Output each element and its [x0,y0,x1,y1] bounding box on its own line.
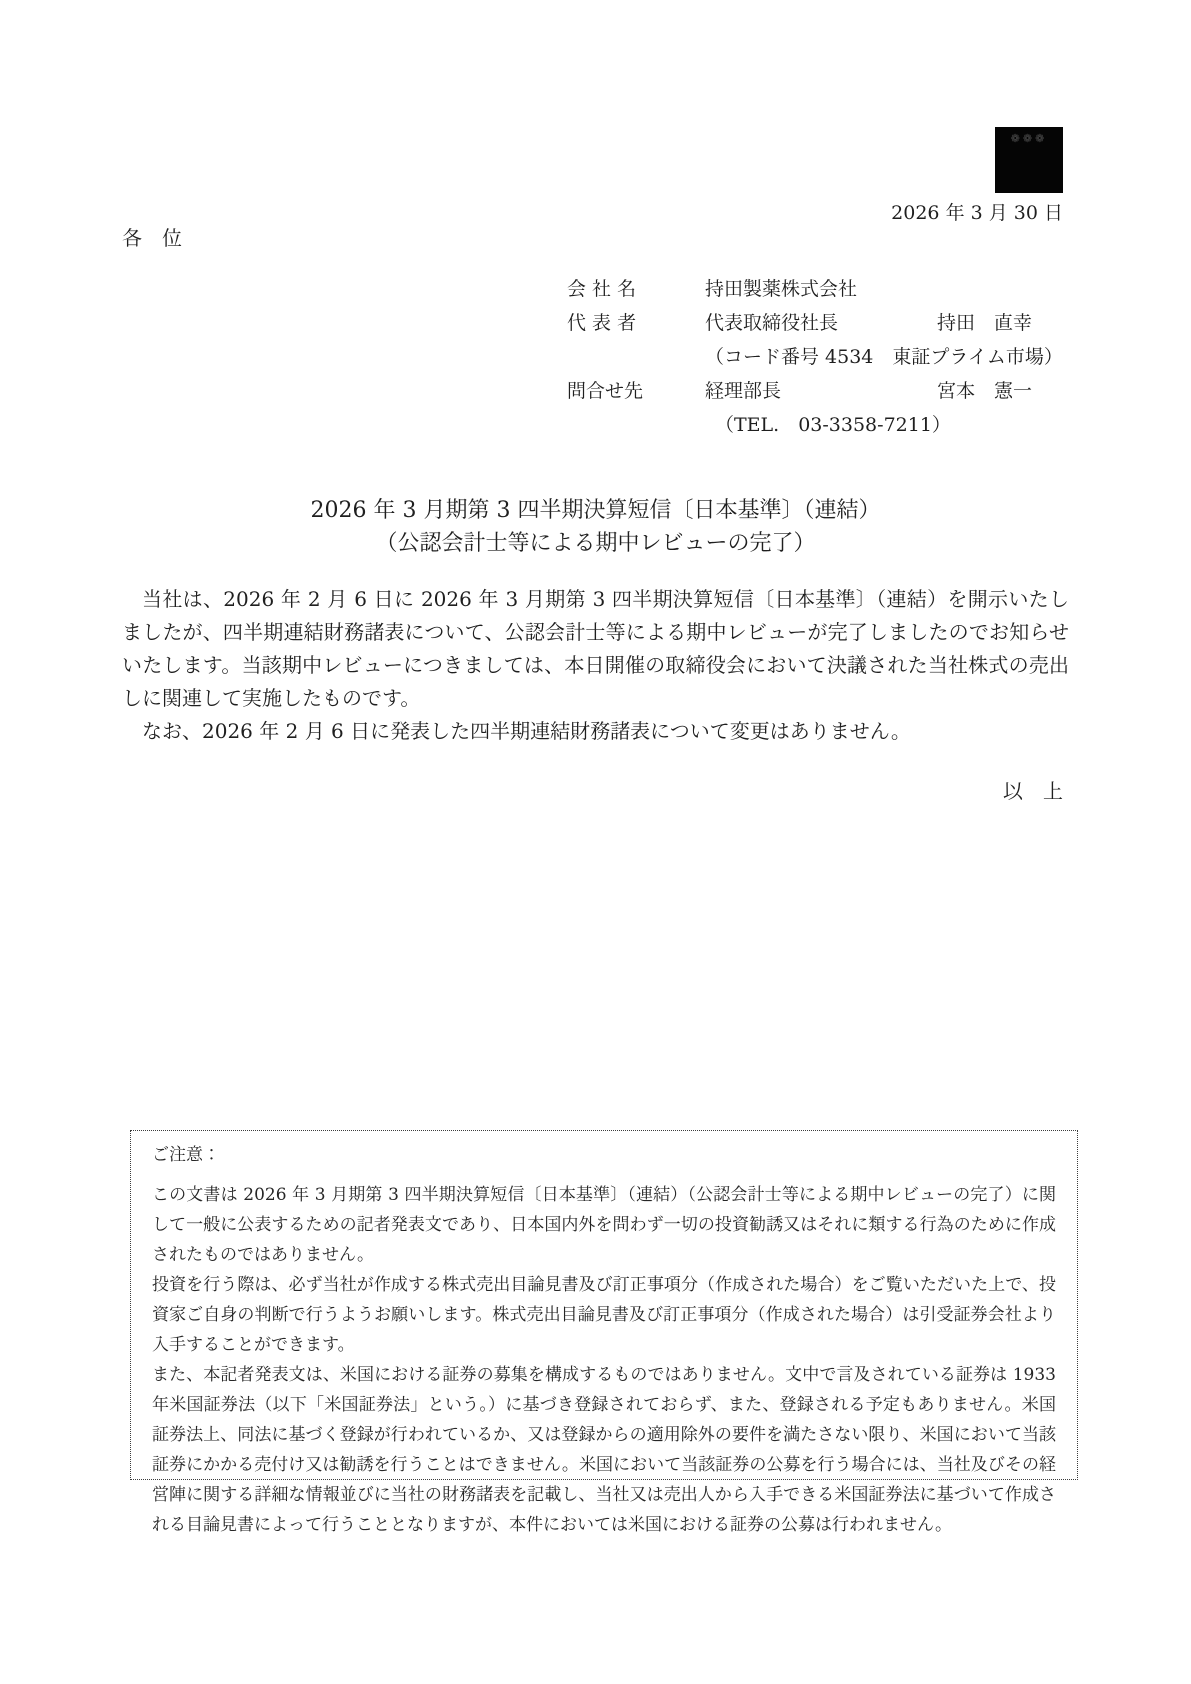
legal-notice-box: ご注意： この文書は 2026 年 3 月期第 3 四半期決算短信〔日本基準〕（… [130,1130,1078,1480]
company-row-representative: 代 表 者 代表取締役社長 持田 直幸 [567,306,1032,340]
representative-label: 代 表 者 [567,306,705,340]
representative-title: 代表取締役社長 [705,306,937,340]
body-paragraph-2: なお、2026 年 2 月 6 日に発表した四半期連結財務諸表について変更はあり… [122,715,1069,748]
closing-mark: 以 上 [1003,775,1063,804]
company-seal-marks-icon: ❁❁❁ [1011,132,1048,145]
company-name-label: 会 社 名 [567,272,705,306]
body-paragraph-1: 当社は、2026 年 2 月 6 日に 2026 年 3 月期第 3 四半期決算… [122,583,1069,715]
company-row-telephone: （TEL. 03-3358-7211） [567,408,1032,442]
representative-name: 持田 直幸 [937,306,1032,340]
release-date: 2026 年 3 月 30 日 [891,198,1063,225]
body-text: 当社は、2026 年 2 月 6 日に 2026 年 3 月期第 3 四半期決算… [122,583,1069,748]
notice-paragraph-3: また、本記者発表文は、米国における証券の募集を構成するものではありません。文中で… [152,1360,1056,1540]
company-info-block: 会 社 名 持田製薬株式会社 代 表 者 代表取締役社長 持田 直幸 （コード番… [567,272,1032,442]
telephone-value: （TEL. 03-3358-7211） [705,408,947,442]
stock-code-value: （コード番号 4534 東証プライム市場） [705,340,937,374]
contact-name: 宮本 憲一 [937,374,1032,408]
contact-label: 問合せ先 [567,374,705,408]
notice-paragraph-1: この文書は 2026 年 3 月期第 3 四半期決算短信〔日本基準〕（連結）（公… [152,1180,1056,1270]
company-row-contact: 問合せ先 経理部長 宮本 憲一 [567,374,1032,408]
telephone-label [567,408,705,442]
stock-code-label [567,340,705,374]
document-title-line2: （公認会計士等による期中レビューの完了） [122,527,1069,560]
company-name-value: 持田製薬株式会社 [705,272,937,306]
company-seal-logo: ❁❁❁ [995,127,1063,193]
notice-heading: ご注意： [152,1144,1056,1166]
notice-paragraph-2: 投資を行う際は、必ず当社が作成する株式売出目論見書及び訂正事項分（作成された場合… [152,1270,1056,1360]
contact-title: 経理部長 [705,374,937,408]
press-release-page: ❁❁❁ 2026 年 3 月 30 日 各 位 会 社 名 持田製薬株式会社 代… [0,0,1191,1684]
company-row-name: 会 社 名 持田製薬株式会社 [567,272,1032,306]
document-title: 2026 年 3 月期第 3 四半期決算短信〔日本基準〕（連結） （公認会計士等… [122,494,1069,560]
company-row-stock-code: （コード番号 4534 東証プライム市場） [567,340,1032,374]
salutation: 各 位 [122,222,182,251]
document-title-line1: 2026 年 3 月期第 3 四半期決算短信〔日本基準〕（連結） [122,494,1069,527]
